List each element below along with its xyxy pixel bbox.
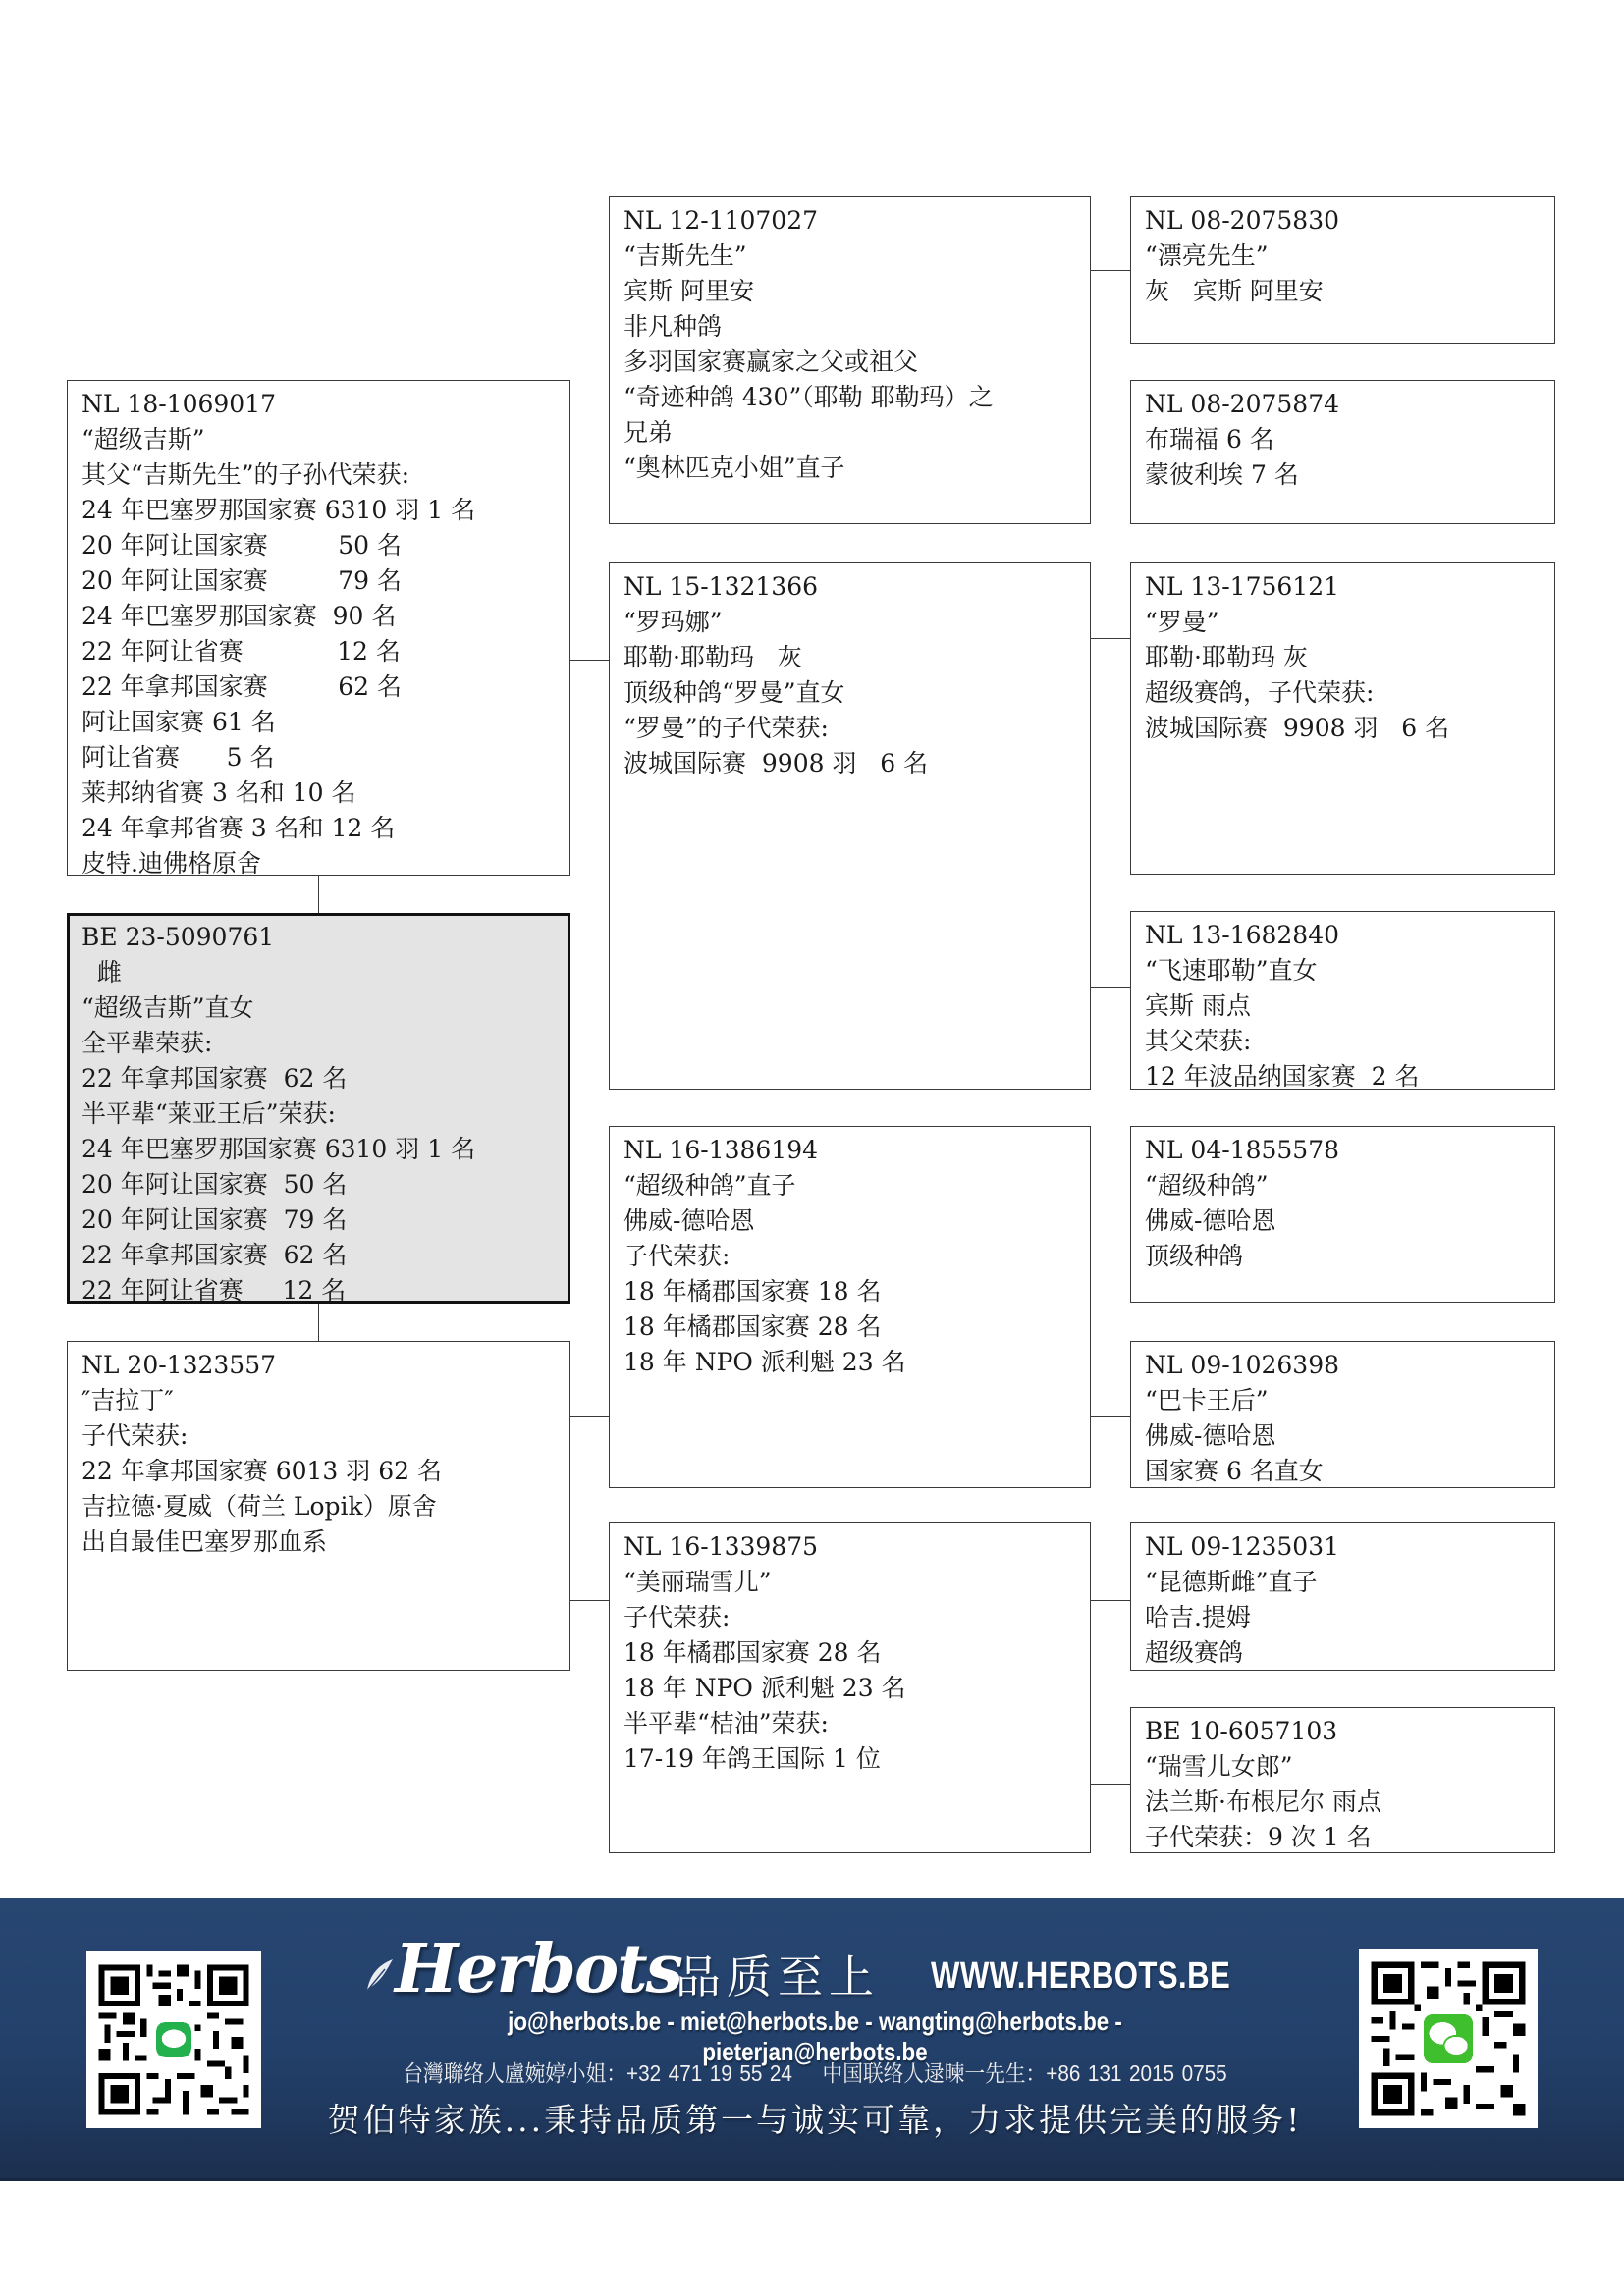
ring-number: NL 18-1069017 [81, 387, 556, 422]
pedigree-line: 20 年阿让国家赛 79 名 [81, 1202, 556, 1238]
pedigree-line: “飞速耶勒”直女 [1145, 953, 1541, 988]
sex-label: 雌 [81, 955, 556, 990]
pedigree-line: 22 年拿邦国家赛 62 名 [81, 1238, 556, 1273]
pedigree-line: 半平辈“桔油”荣获: [623, 1706, 1076, 1741]
great-grandparent-card: BE 10-6057103 “瑞雪儿女郎” 法兰斯·布根尼尔 雨点 子代荣获：9… [1130, 1707, 1555, 1853]
ring-number: NL 12-1107027 [623, 203, 1076, 239]
ring-number: NL 16-1386194 [623, 1133, 1076, 1168]
motto: 贺伯特家族...秉持品质第一与诚实可靠，力求提供完美的服务! [285, 2095, 1345, 2141]
grandsire-paternal-card: NL 12-1107027 “吉斯先生” 宾斯 阿里安 非凡种鸽 多羽国家赛赢家… [609, 196, 1091, 524]
pedigree-line: 顶级种鸽 [1145, 1239, 1541, 1274]
connector-line [570, 1600, 609, 1601]
pedigree-line: 22 年拿邦国家赛 62 名 [81, 669, 556, 705]
granddam-maternal-card: NL 16-1339875 “美丽瑞雪儿” 子代荣获: 18 年橘郡国家赛 28… [609, 1522, 1091, 1853]
pedigree-line: 蒙彼利埃 7 名 [1145, 457, 1541, 493]
pedigree-line: “漂亮先生” [1145, 239, 1541, 274]
pedigree-line: 皮特.迪佛格原舍 [81, 846, 556, 881]
pedigree-line: 18 年橘郡国家赛 18 名 [623, 1274, 1076, 1309]
pedigree-line: 22 年阿让省赛 12 名 [81, 1273, 556, 1308]
footer-banner: Herbots 品质至上 WWW.HERBOTS.BE jo@herbots.b… [0, 1898, 1624, 2181]
pedigree-line: “巴卡王后” [1145, 1383, 1541, 1418]
pedigree-line: 20 年阿让国家赛 50 名 [81, 528, 556, 563]
ring-number: NL 20-1323557 [81, 1348, 556, 1383]
pedigree-line: 18 年橘郡国家赛 28 名 [623, 1309, 1076, 1345]
pedigree-line: 顶级种鸽“罗曼”直女 [623, 675, 1076, 711]
pedigree-line: 其父“吉斯先生”的子孙代荣获: [81, 457, 556, 493]
pedigree-line: 18 年 NPO 派利魁 23 名 [623, 1671, 1076, 1706]
pedigree-line: “美丽瑞雪儿” [623, 1565, 1076, 1600]
connector-line [1091, 1600, 1130, 1601]
pedigree-line: “奇迹种鸽 430”（耶勒 耶勒玛）之 [623, 380, 1076, 415]
great-grandparent-card: NL 04-1855578 “超级种鸽” 佛威-德哈恩 顶级种鸽 [1130, 1126, 1555, 1303]
subject-card: BE 23-5090761 雌 “超级吉斯”直女 全平辈荣获: 22 年拿邦国家… [67, 913, 570, 1304]
contact-china: 中国联络人逯暕一先生：+86 131 2015 0755 [823, 2060, 1227, 2086]
ring-number: BE 10-6057103 [1145, 1714, 1541, 1749]
ring-number: NL 04-1855578 [1145, 1133, 1541, 1168]
connector-line [570, 454, 609, 454]
qr-code-icon [1359, 1949, 1538, 2128]
line-qr-code[interactable] [86, 1951, 261, 2128]
connector-line [1091, 1416, 1130, 1417]
pedigree-line: 全平辈荣获: [81, 1026, 556, 1061]
pedigree-line: 12 年波品纳国家赛 2 名 [1145, 1059, 1541, 1095]
ring-number: NL 15-1321366 [623, 569, 1076, 605]
connector-line [1091, 270, 1130, 271]
pedigree-line: 20 年阿让国家赛 79 名 [81, 563, 556, 599]
ring-number: BE 23-5090761 [81, 920, 556, 955]
pedigree-line: 哈吉.提姆 [1145, 1600, 1541, 1635]
connector-line [570, 1416, 609, 1417]
great-grandparent-card: NL 09-1235031 “昆德斯雌”直子 哈吉.提姆 超级赛鸽 [1130, 1522, 1555, 1671]
pedigree-line: “奥林匹克小姐”直子 [623, 451, 1076, 486]
pedigree-line: 阿让国家赛 61 名 [81, 705, 556, 740]
pedigree-line: 24 年巴塞罗那国家赛 90 名 [81, 599, 556, 634]
pedigree-line: “罗曼”的子代荣获: [623, 711, 1076, 746]
wechat-qr-code[interactable] [1359, 1949, 1538, 2128]
pedigree-line: “超级吉斯”直女 [81, 990, 556, 1026]
pedigree-line: 子代荣获: [623, 1239, 1076, 1274]
great-grandparent-card: NL 08-2075830 “漂亮先生” 灰 宾斯 阿里安 [1130, 196, 1555, 344]
pedigree-line: 18 年 NPO 派利魁 23 名 [623, 1345, 1076, 1380]
pedigree-line: 宾斯 阿里安 [623, 274, 1076, 309]
pedigree-line: 佛威-德哈恩 [1145, 1418, 1541, 1454]
pedigree-line: 布瑞福 6 名 [1145, 422, 1541, 457]
pedigree-line: “瑞雪儿女郎” [1145, 1749, 1541, 1785]
connector-line [1091, 1201, 1130, 1201]
pedigree-line: “昆德斯雌”直子 [1145, 1565, 1541, 1600]
website-link[interactable]: WWW.HERBOTS.BE [931, 1955, 1230, 1998]
pedigree-line: 半平辈“莱亚王后”荣获: [81, 1096, 556, 1132]
pedigree-line: 24 年巴塞罗那国家赛 6310 羽 1 名 [81, 493, 556, 528]
connector-line [1091, 1784, 1130, 1785]
connector-line [570, 660, 609, 661]
pedigree-line: 吉拉德·夏威（荷兰 Lopik）原舍 [81, 1489, 556, 1524]
pedigree-line: ″吉拉丁″ [81, 1383, 556, 1418]
connector-line [1091, 454, 1130, 454]
pedigree-line: 出自最佳巴塞罗那血系 [81, 1524, 556, 1560]
ring-number: NL 09-1235031 [1145, 1529, 1541, 1565]
contact-taiwan: 台灣聯络人盧婉婷小姐：+32 471 19 55 24 [403, 2060, 792, 2086]
pedigree-line: 超级赛鸽 [1145, 1635, 1541, 1671]
pedigree-line: 耶勒·耶勒玛 灰 [623, 640, 1076, 675]
pedigree-line: “超级种鸽”直子 [623, 1168, 1076, 1203]
herbots-logo: Herbots [395, 1930, 681, 2008]
ring-number: NL 16-1339875 [623, 1529, 1076, 1565]
pedigree-line: 子代荣获：9 次 1 名 [1145, 1820, 1541, 1855]
pedigree-line: 兄弟 [623, 415, 1076, 451]
pedigree-line: 非凡种鸽 [623, 309, 1076, 345]
dam-card: NL 20-1323557 ″吉拉丁″ 子代荣获: 22 年拿邦国家赛 6013… [67, 1341, 570, 1671]
pedigree-line: 18 年橘郡国家赛 28 名 [623, 1635, 1076, 1671]
pedigree-line: 24 年拿邦省赛 3 名和 12 名 [81, 811, 556, 846]
pedigree-line: 22 年拿邦国家赛 6013 羽 62 名 [81, 1454, 556, 1489]
connector-line [1091, 987, 1130, 988]
pedigree-line: 佛威-德哈恩 [623, 1203, 1076, 1239]
pedigree-line: 其父荣获: [1145, 1024, 1541, 1059]
qr-code-icon [86, 1951, 261, 2128]
pedigree-line: 灰 宾斯 阿里安 [1145, 274, 1541, 309]
great-grandparent-card: NL 13-1756121 “罗曼” 耶勒·耶勒玛 灰 超级赛鸽，子代荣获: 波… [1130, 562, 1555, 875]
pedigree-line: 22 年阿让省赛 12 名 [81, 634, 556, 669]
pedigree-line: “吉斯先生” [623, 239, 1076, 274]
pedigree-line: 阿让省赛 5 名 [81, 740, 556, 775]
feather-icon [363, 1955, 397, 1995]
pedigree-line: “罗曼” [1145, 605, 1541, 640]
brand-row: Herbots 品质至上 WWW.HERBOTS.BE [373, 1934, 1257, 2012]
pedigree-line: 国家赛 6 名直女 [1145, 1454, 1541, 1489]
pedigree-line: 超级赛鸽，子代荣获: [1145, 675, 1541, 711]
ring-number: NL 08-2075830 [1145, 203, 1541, 239]
pedigree-line: 法兰斯·布根尼尔 雨点 [1145, 1785, 1541, 1820]
pedigree-line: 耶勒·耶勒玛 灰 [1145, 640, 1541, 675]
sire-card: NL 18-1069017 “超级吉斯” 其父“吉斯先生”的子孙代荣获: 24 … [67, 380, 570, 876]
granddam-paternal-card: NL 15-1321366 “罗玛娜” 耶勒·耶勒玛 灰 顶级种鸽“罗曼”直女 … [609, 562, 1091, 1090]
brand-slogan: 品质至上 [676, 1942, 880, 2006]
pedigree-line: 17-19 年鸽王国际 1 位 [623, 1741, 1076, 1777]
pedigree-line: “罗玛娜” [623, 605, 1076, 640]
contact-numbers: 台灣聯络人盧婉婷小姐：+32 471 19 55 24中国联络人逯暕一先生：+8… [347, 2056, 1283, 2088]
pedigree-line: 宾斯 雨点 [1145, 988, 1541, 1024]
ring-number: NL 13-1682840 [1145, 918, 1541, 953]
ring-number: NL 08-2075874 [1145, 387, 1541, 422]
pedigree-line: 波城国际赛 9908 羽 6 名 [623, 746, 1076, 781]
pedigree-line: 佛威-德哈恩 [1145, 1203, 1541, 1239]
footer-edge [0, 2178, 1624, 2181]
pedigree-line: 多羽国家赛赢家之父或祖父 [623, 345, 1076, 380]
pedigree-line: “超级种鸽” [1145, 1168, 1541, 1203]
pedigree-line: 24 年巴塞罗那国家赛 6310 羽 1 名 [81, 1132, 556, 1167]
great-grandparent-card: NL 09-1026398 “巴卡王后” 佛威-德哈恩 国家赛 6 名直女 [1130, 1341, 1555, 1488]
ring-number: NL 13-1756121 [1145, 569, 1541, 605]
pedigree-line: 波城国际赛 9908 羽 6 名 [1145, 711, 1541, 746]
pedigree-line: 子代荣获: [623, 1600, 1076, 1635]
pedigree-line: 20 年阿让国家赛 50 名 [81, 1167, 556, 1202]
connector-line [1091, 638, 1130, 639]
pedigree-line: 莱邦纳省赛 3 名和 10 名 [81, 775, 556, 811]
pedigree-line: “超级吉斯” [81, 422, 556, 457]
pedigree-line: 子代荣获: [81, 1418, 556, 1454]
grandsire-maternal-card: NL 16-1386194 “超级种鸽”直子 佛威-德哈恩 子代荣获: 18 年… [609, 1126, 1091, 1488]
great-grandparent-card: NL 08-2075874 布瑞福 6 名 蒙彼利埃 7 名 [1130, 380, 1555, 524]
pedigree-line: 22 年拿邦国家赛 62 名 [81, 1061, 556, 1096]
ring-number: NL 09-1026398 [1145, 1348, 1541, 1383]
great-grandparent-card: NL 13-1682840 “飞速耶勒”直女 宾斯 雨点 其父荣获: 12 年波… [1130, 911, 1555, 1090]
connector-line [318, 1304, 319, 1341]
